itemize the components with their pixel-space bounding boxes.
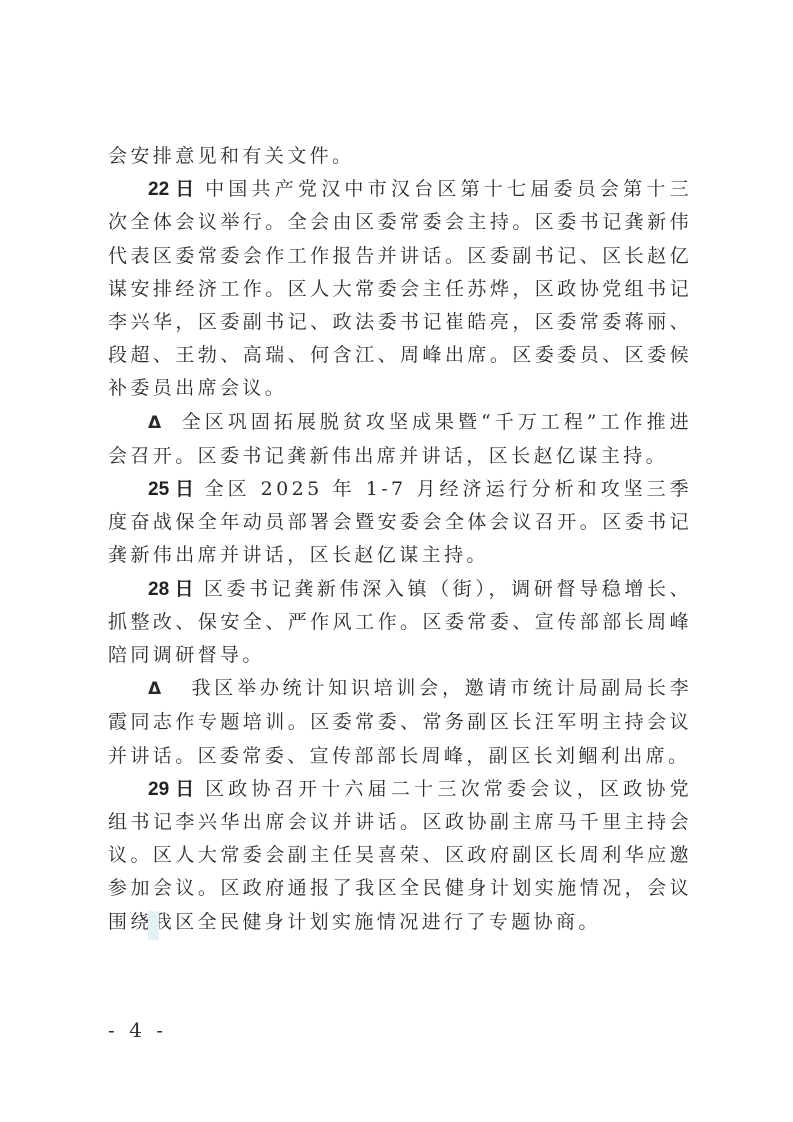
page-number: - 4 -: [108, 1018, 167, 1042]
delta-marker-icon: Δ: [148, 413, 161, 433]
paragraph-day-22: 22 日中国共产党汉中市汉台区第十七届委员会第十三次全体会议举行。全会由区委常委…: [108, 173, 692, 405]
paragraph-text: 全区巩固拓展脱贫攻坚成果暨“千万工程”工作推进会召开。区委书记龚新伟出席并讲话，…: [108, 411, 692, 467]
paragraph-text: 全区 2025 年 1-7 月经济运行分析和攻坚三季度奋战保全年动员部署会暨安委…: [108, 478, 692, 566]
paragraph-day-29: 29 日区政协召开十六届二十三次常委会议，区政协党组书记李兴华出席会议并讲话。区…: [108, 773, 692, 939]
paragraph-item: Δ我区举办统计知识培训会，邀请市统计局副局长李霞同志作专题培训。区委常委、常务副…: [108, 672, 692, 773]
paragraph-text: 我区举办统计知识培训会，邀请市统计局副局长李霞同志作专题培训。区委常委、常务副区…: [108, 677, 692, 766]
paragraph-text: 区政协召开十六届二十三次常委会议，区政协党组书记李兴华出席会议并讲话。区政协副主…: [108, 778, 692, 933]
document-body: 会安排意见和有关文件。 22 日中国共产党汉中市汉台区第十七届委员会第十三次全体…: [108, 140, 692, 939]
text-cursor-highlight: [148, 911, 159, 940]
date-label: 29 日: [148, 779, 195, 800]
paragraph-item: Δ全区巩固拓展脱贫攻坚成果暨“千万工程”工作推进会召开。区委书记龚新伟出席并讲话…: [108, 406, 692, 473]
date-label: 22 日: [148, 179, 195, 200]
paragraph-day-28: 28 日区委书记龚新伟深入镇（街），调研督导稳增长、抓整改、保安全、严作风工作。…: [108, 573, 692, 673]
date-label: 25 日: [148, 479, 195, 500]
paragraph-text: 会安排意见和有关文件。: [108, 145, 354, 167]
paragraph-text: 区委书记龚新伟深入镇（街），调研督导稳增长、抓整改、保安全、严作风工作。区委常委…: [108, 578, 692, 666]
paragraph-day-25: 25 日全区 2025 年 1-7 月经济运行分析和攻坚三季度奋战保全年动员部署…: [108, 473, 692, 573]
paragraph-text: 中国共产党汉中市汉台区第十七届委员会第十三次全体会议举行。全会由区委常委会主持。…: [108, 178, 692, 399]
date-label: 28 日: [148, 579, 194, 600]
delta-marker-icon: Δ: [148, 679, 161, 699]
paragraph-continuation: 会安排意见和有关文件。: [108, 140, 692, 173]
